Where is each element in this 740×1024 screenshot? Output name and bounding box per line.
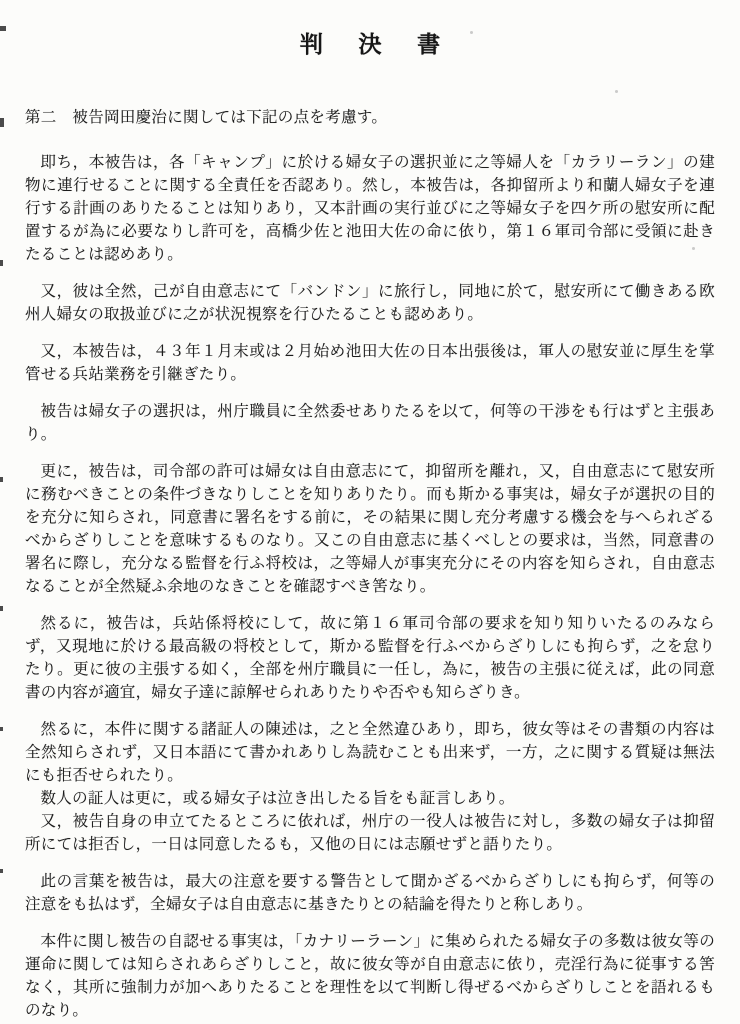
- scan-artifact: [0, 26, 6, 31]
- paragraph-3: 又，本被告は，４３年１月末或は２月始め池田大佐の日本出張後は，軍人の慰安並に厚生…: [25, 340, 715, 386]
- paragraph-1: 即ち，本被告は，各「キャンプ」に於ける婦女子の選択並に之等婦人を「カラリーラン」…: [25, 151, 715, 266]
- paragraph-10: 此の言葉を被告は，最大の注意を要する警告として聞かざるべからざりしにも拘らず，何…: [25, 870, 715, 916]
- scan-artifact: [0, 869, 3, 873]
- judgment-document-page: 判決書 第二 被告岡田慶治に関しては下記の点を考慮す。 即ち，本被告は，各「キャ…: [0, 0, 740, 1024]
- scan-artifact: [0, 477, 3, 482]
- scan-artifact: [0, 260, 3, 266]
- scan-artifact: [0, 727, 3, 731]
- paragraph-9: 又，被告自身の申立てたるところに依れば，州庁の一役人は被告に対し，多数の婦女子は…: [25, 810, 715, 856]
- scan-speck: [470, 31, 473, 34]
- scan-speck: [692, 247, 695, 250]
- paragraph-11: 本件に関し被告の自認せる事実は，「カナリーラーン」に集められたる婦女子の多数は彼…: [25, 930, 715, 1022]
- paragraph-6: 然るに，被告は，兵站係将校にして，故に第１６軍司令部の要求を知り知りいたるのみな…: [25, 612, 715, 704]
- paragraph-5: 更に，被告は，司令部の許可は婦女は自由意志にて，抑留所を離れ，又，自由意志にて慰…: [25, 460, 715, 598]
- paragraph-8: 数人の証人は更に，或る婦女子は泣き出したる旨をも証言しあり。: [25, 787, 715, 810]
- scan-speck: [615, 90, 618, 93]
- document-title: 判決書: [25, 30, 715, 60]
- section-heading: 第二 被告岡田慶治に関しては下記の点を考慮す。: [25, 106, 715, 129]
- paragraph-4: 被告は婦女子の選択は，州庁職員に全然委せありたるを以て，何等の干渉をも行はずと主…: [25, 400, 715, 446]
- paragraph-7: 然るに，本件に関する諸証人の陳述は，之と全然違ひあり，即ち，彼女等はその書類の内…: [25, 718, 715, 787]
- scan-artifact: [0, 606, 3, 611]
- paragraph-2: 又，彼は全然，己が自由意志にて「バンドン」に旅行し，同地に於て，慰安所にて働きあ…: [25, 280, 715, 326]
- scan-artifact: [0, 118, 4, 127]
